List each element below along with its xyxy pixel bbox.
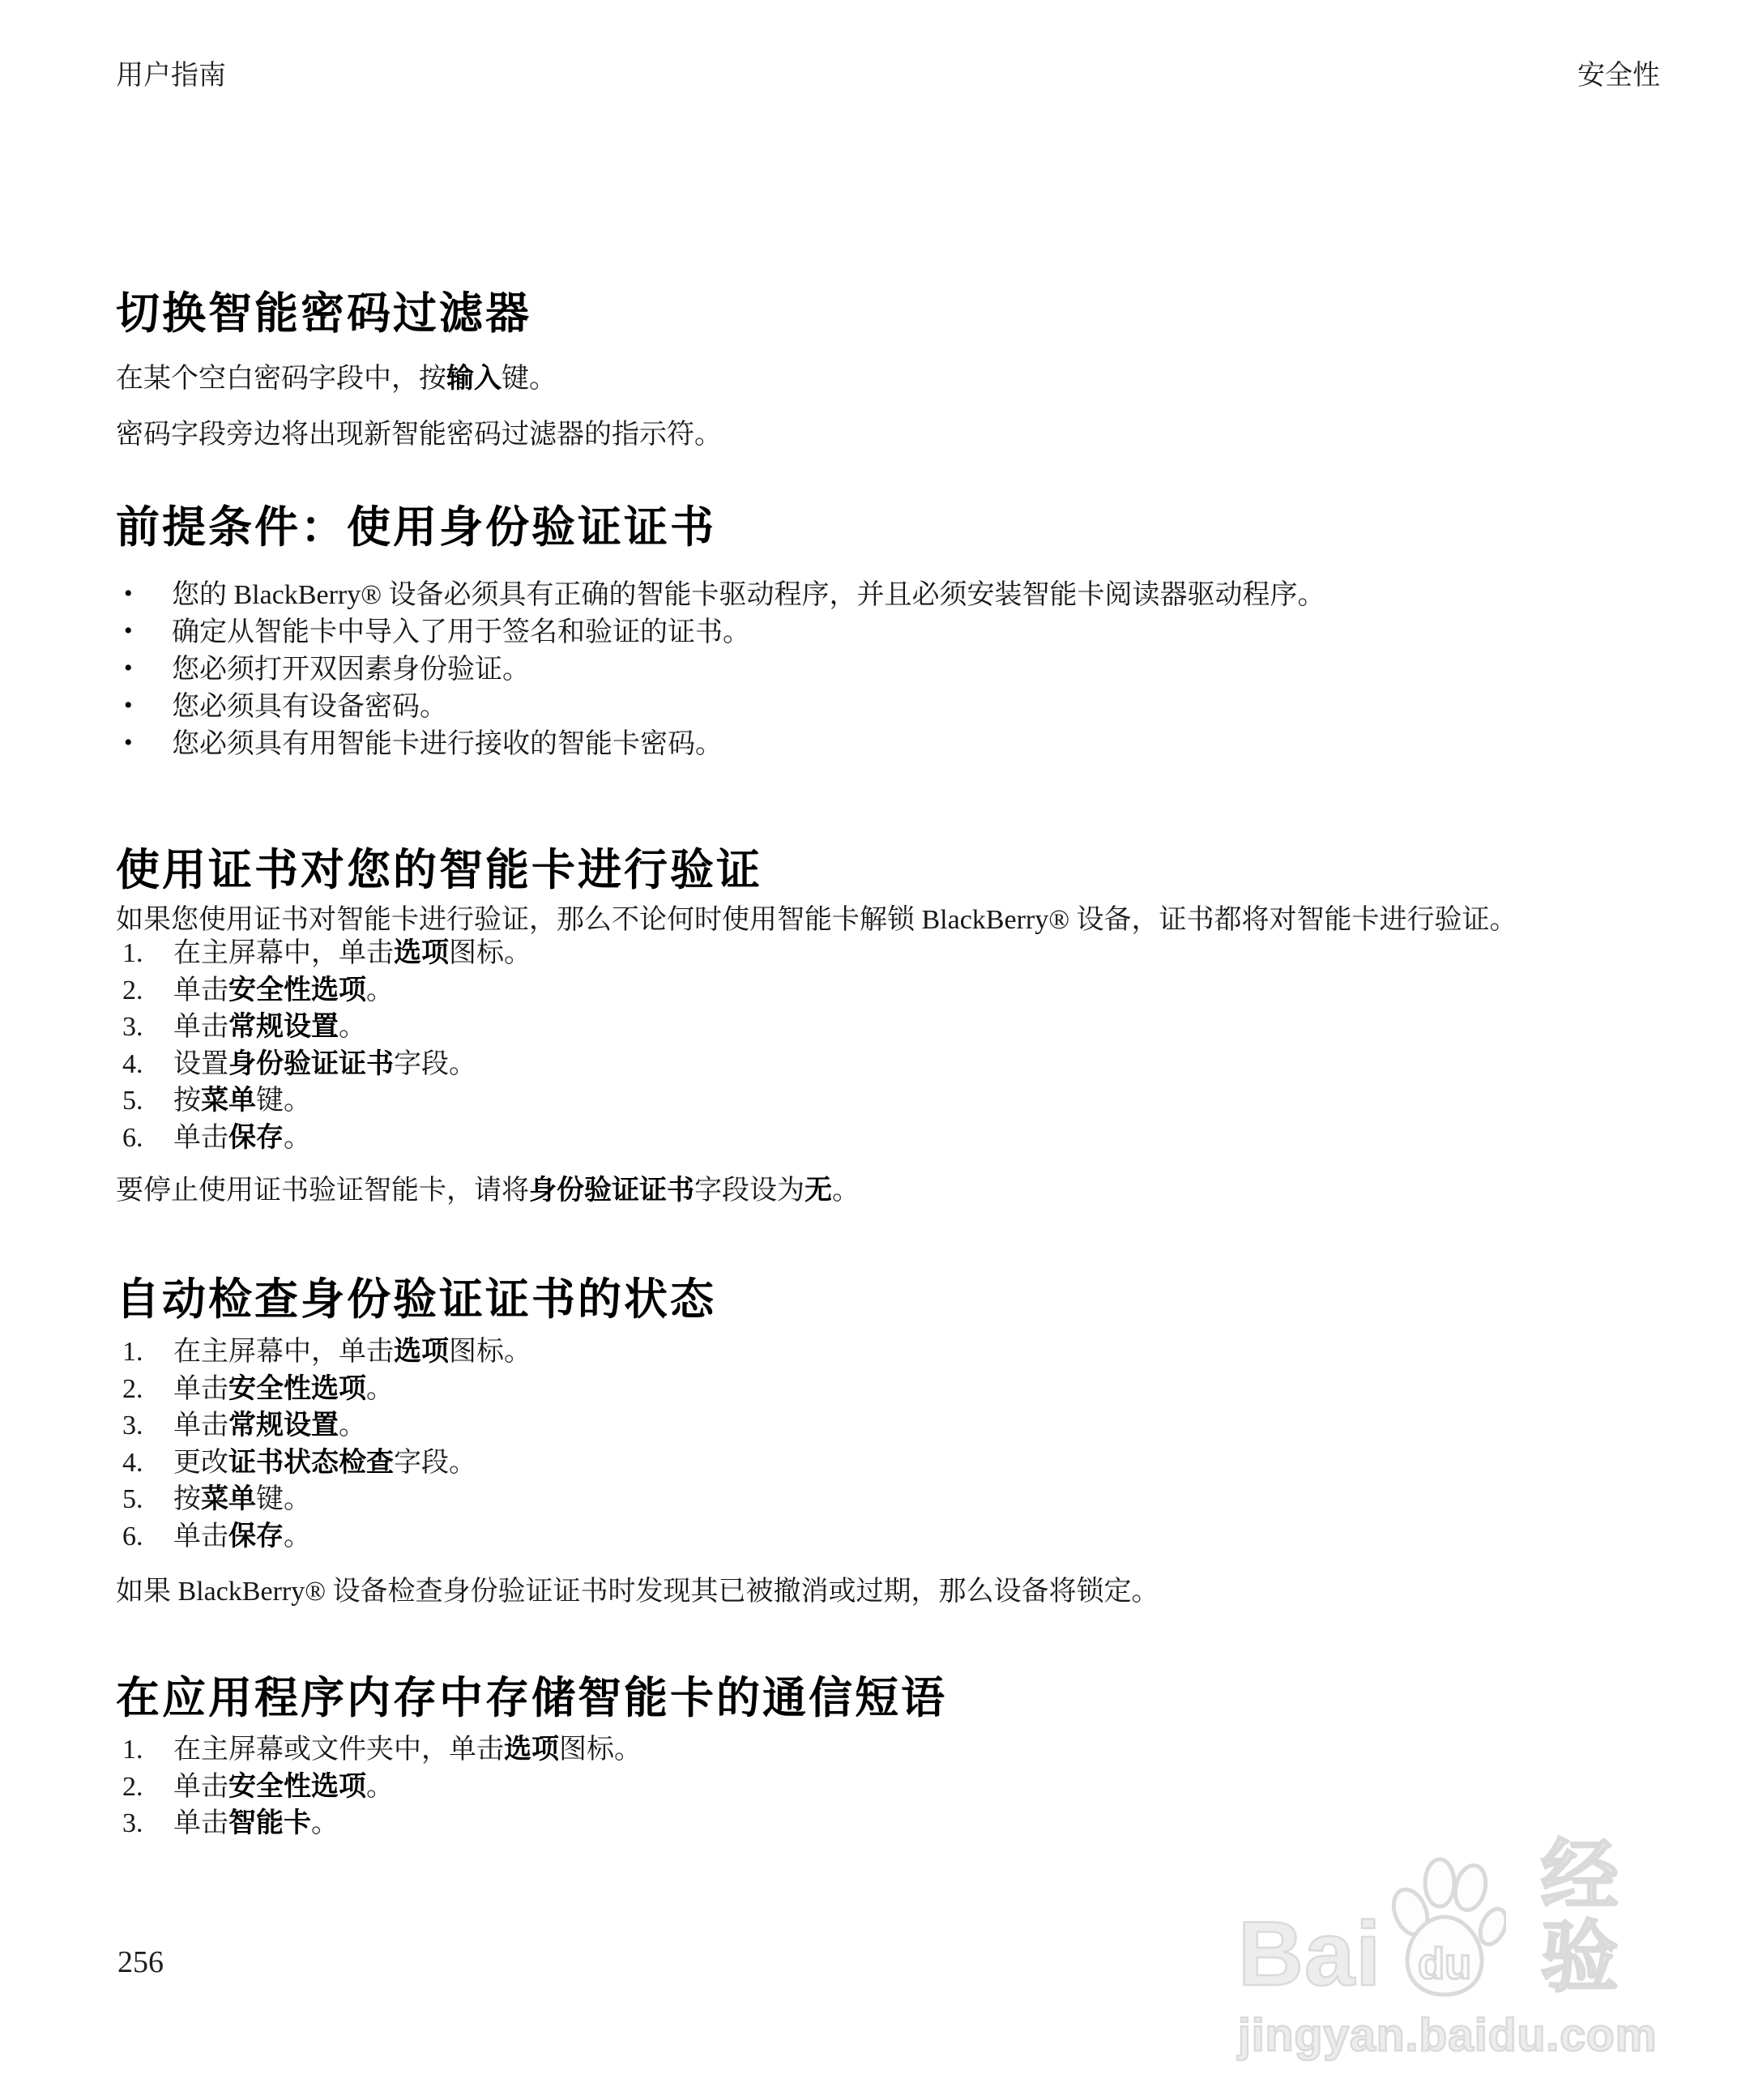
paragraph: 密码字段旁边将出现新智能密码过滤器的指示符。 xyxy=(116,416,1653,454)
paragraph: 在某个空白密码字段中，按输入键。 xyxy=(116,360,1653,398)
step-item: 5.按菜单键。 xyxy=(116,1082,1653,1120)
list-item: •确定从智能卡中导入了用于签名和验证的证书。 xyxy=(116,614,1653,651)
step-number: 6. xyxy=(122,1518,143,1556)
steps-list: 1.在主屏幕中，单击选项图标。 2.单击安全性选项。 3.单击常规设置。 4.设… xyxy=(116,935,1653,1156)
step-number: 2. xyxy=(122,1769,143,1806)
baidu-paw-icon: du xyxy=(1383,1857,1506,2000)
step-item: 6.单击保存。 xyxy=(116,1120,1653,1157)
page-number: 256 xyxy=(117,1944,164,1980)
step-item: 5.按菜单键。 xyxy=(116,1481,1653,1518)
step-item: 1.在主屏幕中，单击选项图标。 xyxy=(116,1334,1653,1371)
intro-paragraph: 如果您使用证书对智能卡进行验证，那么不论何时使用智能卡解锁 BlackBerry… xyxy=(116,903,1653,938)
step-number: 1. xyxy=(122,935,143,972)
section-store-smartcard-passphrase: 在应用程序内存中存储智能卡的通信短语 1.在主屏幕或文件夹中，单击选项图标。 2… xyxy=(116,1673,1653,1842)
step-item: 6.单击保存。 xyxy=(116,1518,1653,1556)
header-right-chapter: 安全性 xyxy=(1577,60,1660,92)
step-item: 1.在主屏幕中，单击选项图标。 xyxy=(116,935,1653,972)
bullet-icon: • xyxy=(124,575,133,612)
baidu-jingyan-watermark: Bai du 经验 jingyan.baidu.com xyxy=(1238,1855,1655,2059)
section-title: 在应用程序内存中存储智能卡的通信短语 xyxy=(116,1673,1653,1723)
section-auto-check-certificate-status: 自动检查身份验证证书的状态 1.在主屏幕中，单击选项图标。 2.单击安全性选项。… xyxy=(116,1274,1653,1611)
bullet-icon: • xyxy=(124,612,133,650)
watermark-brand-du: du xyxy=(1418,1940,1471,1988)
list-item-text: 确定从智能卡中导入了用于签名和验证的证书。 xyxy=(172,617,750,647)
step-text: 单击常规设置。 xyxy=(173,1012,366,1042)
step-number: 2. xyxy=(122,1371,143,1408)
section-title: 自动检查身份验证证书的状态 xyxy=(116,1274,1653,1325)
step-text: 在主屏幕或文件夹中，单击选项图标。 xyxy=(173,1735,642,1765)
step-item: 3.单击常规设置。 xyxy=(116,1407,1653,1445)
step-item: 4.设置身份验证证书字段。 xyxy=(116,1046,1653,1083)
list-item: •您必须具有设备密码。 xyxy=(116,689,1653,726)
note-paragraph: 要停止使用证书验证智能卡，请将身份验证证书字段设为无。 xyxy=(116,1172,1653,1210)
list-item: •您必须具有用智能卡进行接收的智能卡密码。 xyxy=(116,726,1653,763)
step-text: 单击保存。 xyxy=(173,1123,311,1153)
steps-list: 1.在主屏幕中，单击选项图标。 2.单击安全性选项。 3.单击常规设置。 4.更… xyxy=(116,1334,1653,1555)
step-number: 3. xyxy=(122,1009,143,1046)
step-text: 单击安全性选项。 xyxy=(173,1772,394,1802)
list-item-text: 您必须具有设备密码。 xyxy=(172,692,447,722)
step-text: 设置身份验证证书字段。 xyxy=(173,1049,476,1079)
watermark-url: jingyan.baidu.com xyxy=(1238,2012,1655,2059)
step-number: 3. xyxy=(122,1805,143,1842)
note-paragraph: 如果 BlackBerry® 设备检查身份验证证书时发现其已被撤消或过期，那么设… xyxy=(116,1573,1653,1611)
section-title: 切换智能密码过滤器 xyxy=(116,288,1653,339)
step-text: 单击智能卡。 xyxy=(173,1808,339,1838)
step-text: 单击常规设置。 xyxy=(173,1411,366,1441)
step-text: 按菜单键。 xyxy=(173,1086,311,1116)
step-number: 3. xyxy=(122,1407,143,1445)
section-title: 前提条件：使用身份验证证书 xyxy=(116,502,1653,553)
step-text: 单击安全性选项。 xyxy=(173,1374,394,1404)
list-item: •您必须打开双因素身份验证。 xyxy=(116,651,1653,689)
step-item: 1.在主屏幕或文件夹中，单击选项图标。 xyxy=(116,1731,1653,1769)
section-prerequisites-auth-certificate: 前提条件：使用身份验证证书 •您的 BlackBerry® 设备必须具有正确的智… xyxy=(116,502,1653,763)
section-toggle-smart-password-filter: 切换智能密码过滤器 在某个空白密码字段中，按输入键。 密码字段旁边将出现新智能密… xyxy=(116,288,1653,454)
step-number: 4. xyxy=(122,1445,143,1482)
step-item: 4.更改证书状态检查字段。 xyxy=(116,1445,1653,1482)
step-item: 2.单击安全性选项。 xyxy=(116,1371,1653,1408)
step-text: 在主屏幕中，单击选项图标。 xyxy=(173,938,531,968)
step-number: 5. xyxy=(122,1481,143,1518)
step-number: 6. xyxy=(122,1120,143,1157)
header-left-title: 用户指南 xyxy=(116,60,226,92)
step-text: 在主屏幕中，单击选项图标。 xyxy=(173,1337,531,1367)
step-item: 2.单击安全性选项。 xyxy=(116,1769,1653,1806)
step-text: 更改证书状态检查字段。 xyxy=(173,1448,476,1478)
step-item: 3.单击常规设置。 xyxy=(116,1009,1653,1046)
user-guide-page: 用户指南 安全性 切换智能密码过滤器 在某个空白密码字段中，按输入键。 密码字段… xyxy=(0,0,1750,2100)
step-text: 单击安全性选项。 xyxy=(173,975,394,1005)
running-header: 用户指南 安全性 xyxy=(116,60,1660,92)
steps-list: 1.在主屏幕或文件夹中，单击选项图标。 2.单击安全性选项。 3.单击智能卡。 xyxy=(116,1731,1653,1842)
step-number: 1. xyxy=(122,1731,143,1769)
list-item-text: 您必须打开双因素身份验证。 xyxy=(172,655,530,685)
bullet-icon: • xyxy=(124,650,133,687)
prerequisites-list: •您的 BlackBerry® 设备必须具有正确的智能卡驱动程序，并且必须安装智… xyxy=(116,577,1653,763)
step-text: 单击保存。 xyxy=(173,1522,311,1552)
list-item-text: 您必须具有用智能卡进行接收的智能卡密码。 xyxy=(172,729,723,759)
step-item: 2.单击安全性选项。 xyxy=(116,972,1653,1009)
step-number: 2. xyxy=(122,972,143,1009)
watermark-brand-latin: Bai xyxy=(1238,1909,1381,2000)
bullet-icon: • xyxy=(124,687,133,724)
bullet-icon: • xyxy=(124,724,133,762)
list-item: •您的 BlackBerry® 设备必须具有正确的智能卡驱动程序，并且必须安装智… xyxy=(116,577,1653,614)
step-text: 按菜单键。 xyxy=(173,1484,311,1514)
watermark-brand-cn: 经验 xyxy=(1508,1836,1655,2000)
section-title: 使用证书对您的智能卡进行验证 xyxy=(116,845,1653,895)
section-verify-smartcard-with-certificate: 使用证书对您的智能卡进行验证 如果您使用证书对智能卡进行验证，那么不论何时使用智… xyxy=(116,845,1653,1210)
step-number: 1. xyxy=(122,1334,143,1371)
step-number: 5. xyxy=(122,1082,143,1120)
watermark-logo-row: Bai du 经验 xyxy=(1238,1855,1655,2000)
list-item-text: 您的 BlackBerry® 设备必须具有正确的智能卡驱动程序，并且必须安装智能… xyxy=(172,580,1325,610)
step-item: 3.单击智能卡。 xyxy=(116,1805,1653,1842)
step-number: 4. xyxy=(122,1046,143,1083)
